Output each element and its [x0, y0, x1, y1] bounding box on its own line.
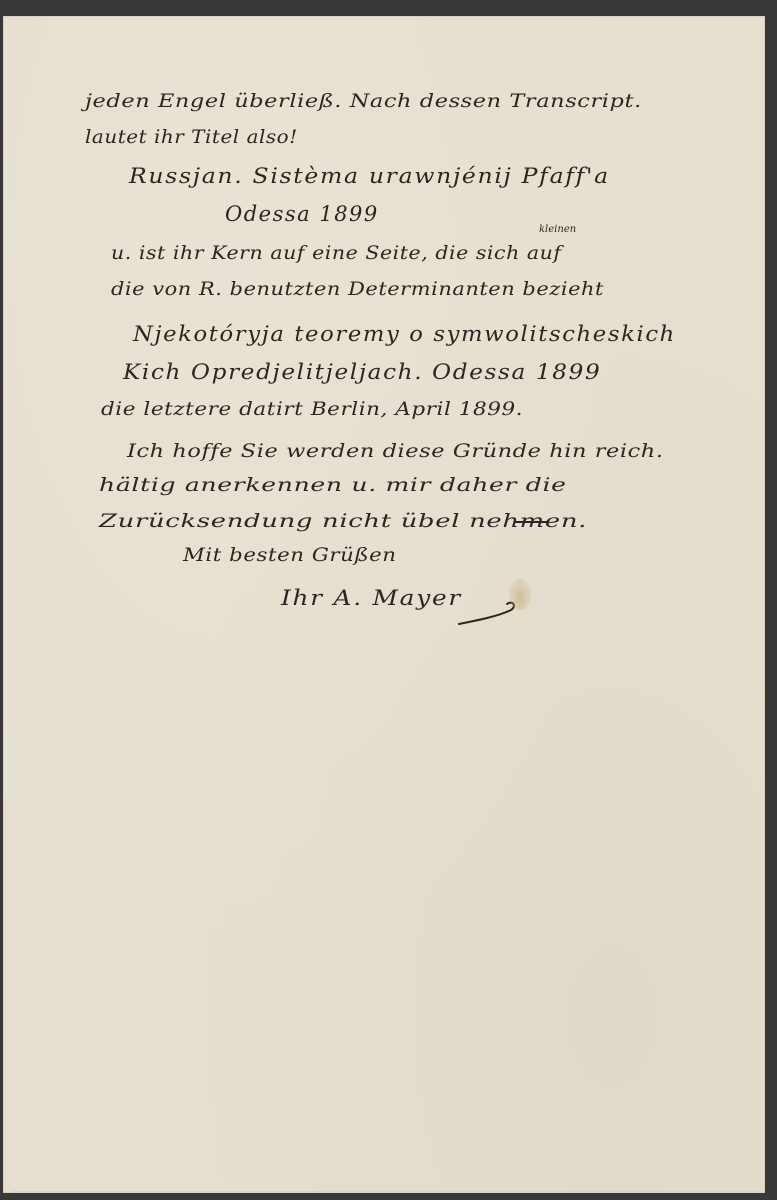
text-line-9: die letztere datirt Berlin, April 1899. [101, 398, 523, 420]
text-line-4-place-date: Odessa 1899 [225, 202, 379, 226]
inserted-word: kleinen [539, 224, 576, 235]
paper-bottom-edge [12, 1191, 764, 1193]
signature: Ihr A. Mayer [281, 586, 462, 610]
closing-greeting: Mit besten Grüßen [183, 544, 397, 566]
text-line-1: jeden Engel überließ. Nach dessen Transc… [85, 90, 642, 112]
text-line-7-title: Njekotóryja teoremy o symwolitscheskich [133, 322, 676, 346]
text-line-6: die von R. benutzten Determinanten bezie… [111, 278, 604, 300]
text-line-3-title: Russjan. Sistèma urawnjénij Pfaff'a [129, 164, 610, 188]
paper-stain [509, 578, 531, 610]
text-line-8-title: Kich Opredjelitjeljach. Odessa 1899 [123, 360, 601, 384]
struck-out-word [515, 521, 549, 523]
text-line-10: Ich hoffe Sie werden diese Gründe hin re… [127, 440, 664, 462]
text-line-12: Zurücksendung nicht übel nehmen. [99, 510, 587, 532]
text-line-5: u. ist ihr Kern auf eine Seite, die sich… [111, 242, 562, 264]
text-line-2: lautet ihr Titel also! [85, 126, 298, 148]
letter-page: jeden Engel überließ. Nach dessen Transc… [3, 16, 765, 1193]
text-line-11: hältig anerkennen u. mir daher die [99, 474, 567, 496]
